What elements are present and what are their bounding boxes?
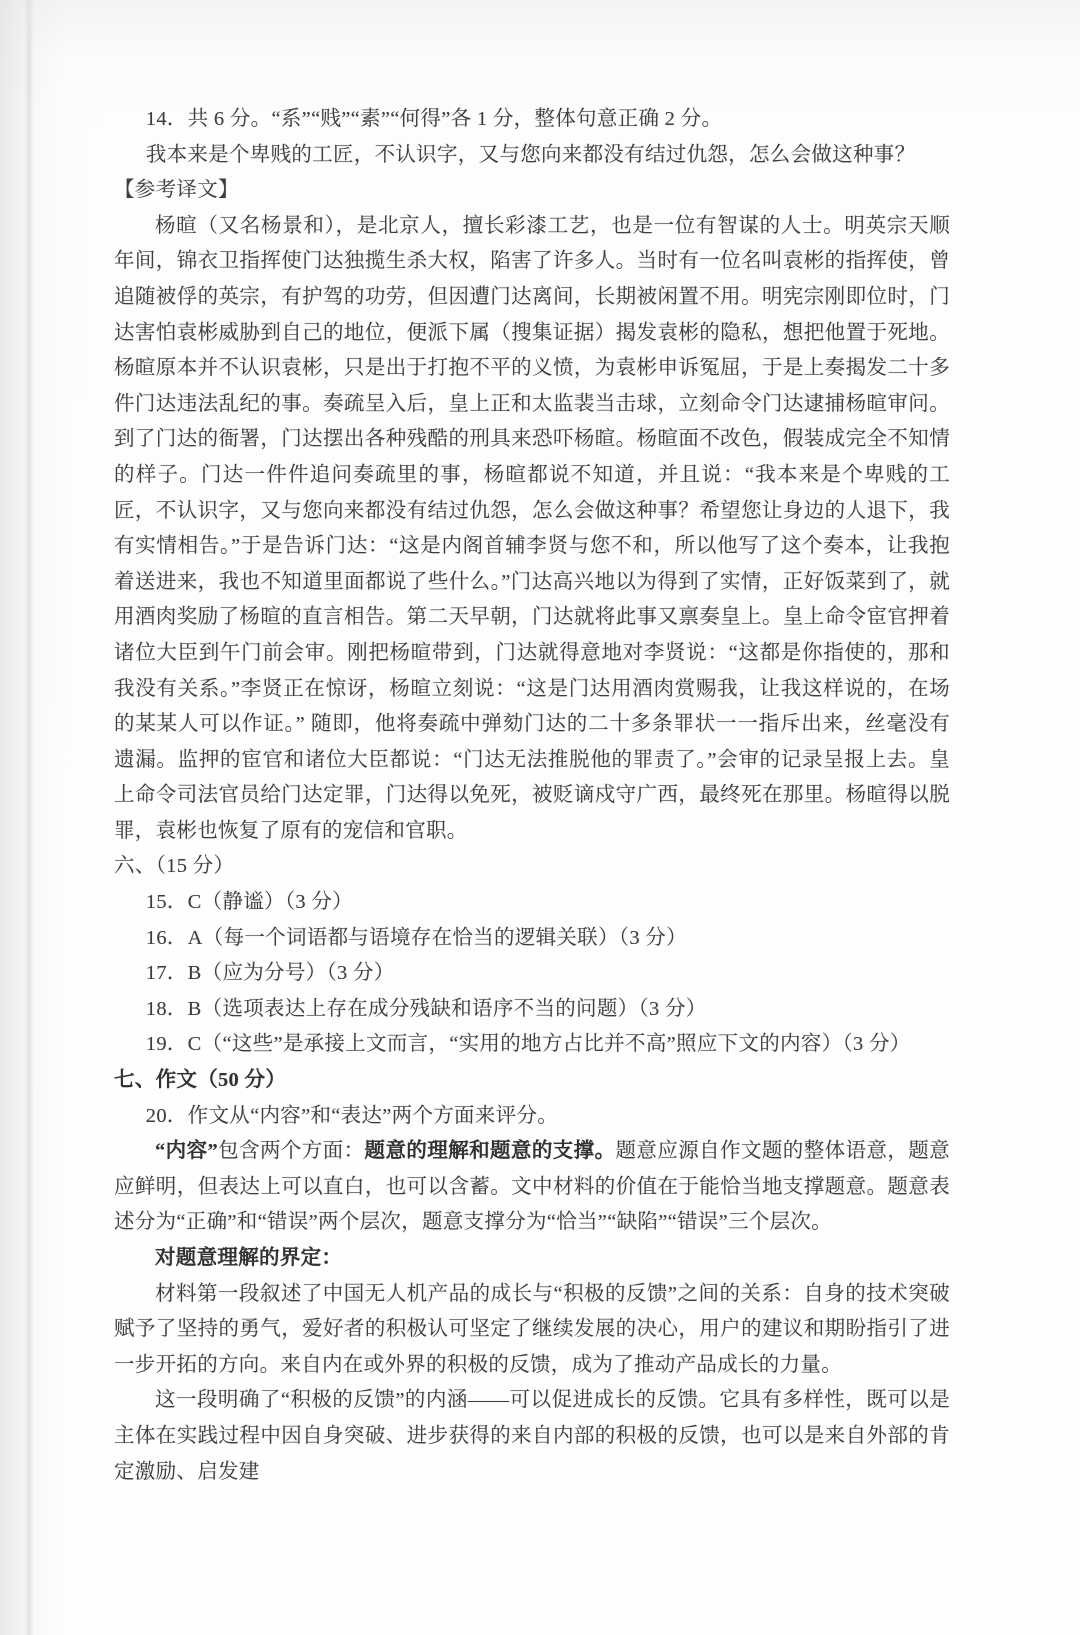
document-page: 14．共 6 分。“系”“贱”“素”“何得”各 1 分，整体句意正确 2 分。 … <box>0 0 1080 1635</box>
scan-shadow-top <box>0 0 1080 60</box>
reference-translation-heading: 【参考译文】 <box>114 173 950 209</box>
material-analysis-paragraph-2: 这一段明确了“积极的反馈”的内涵——可以促进成长的反馈。它具有多样性，既可以是主… <box>114 1383 950 1490</box>
content-term-bold: “内容” <box>155 1140 218 1162</box>
topic-definition-heading: 对题意理解的界定： <box>114 1241 950 1277</box>
content-aspects-bold: 题意的理解和题意的支撑。 <box>365 1140 616 1162</box>
answer-item-15: 15．C（静谧）（3 分） <box>114 885 950 921</box>
answer-item-16: 16．A（每一个词语都与语境存在恰当的逻辑关联）（3 分） <box>114 921 950 957</box>
scan-shadow-left <box>0 0 110 1635</box>
answer-item-18: 18．B（选项表达上存在成分残缺和语序不当的问题）（3 分） <box>114 992 950 1028</box>
content-criteria-text-1: 包含两个方面： <box>218 1140 365 1162</box>
answer-item-17: 17．B（应为分号）（3 分） <box>114 956 950 992</box>
reference-translation-body: 杨暄（又名杨景和），是北京人，擅长彩漆工艺，也是一位有智谋的人士。明英宗天顺年间… <box>114 209 950 850</box>
section-7-heading: 七、作文（50 分） <box>114 1063 950 1099</box>
item-20-intro: 20．作文从“内容”和“表达”两个方面来评分。 <box>114 1099 950 1135</box>
item-14-sentence-translation: 我本来是个卑贱的工匠，不认识字，又与您向来都没有结过仇怨，怎么会做这种事？ <box>114 138 950 174</box>
answer-item-19: 19．C（“这些”是承接上文而言，“实用的地方占比并不高”照应下文的内容）（3 … <box>114 1027 950 1063</box>
answer-key-content: 14．共 6 分。“系”“贱”“素”“何得”各 1 分，整体句意正确 2 分。 … <box>114 102 950 1490</box>
section-6-heading: 六、（15 分） <box>114 849 950 885</box>
item-14-score-note: 14．共 6 分。“系”“贱”“素”“何得”各 1 分，整体句意正确 2 分。 <box>114 102 950 138</box>
scan-fold-line <box>24 0 34 1635</box>
material-analysis-paragraph-1: 材料第一段叙述了中国无人机产品的成长与“积极的反馈”之间的关系：自身的技术突破赋… <box>114 1277 950 1384</box>
content-criteria-paragraph: “内容”包含两个方面：题意的理解和题意的支撑。题意应源自作文题的整体语意，题意应… <box>114 1134 950 1241</box>
